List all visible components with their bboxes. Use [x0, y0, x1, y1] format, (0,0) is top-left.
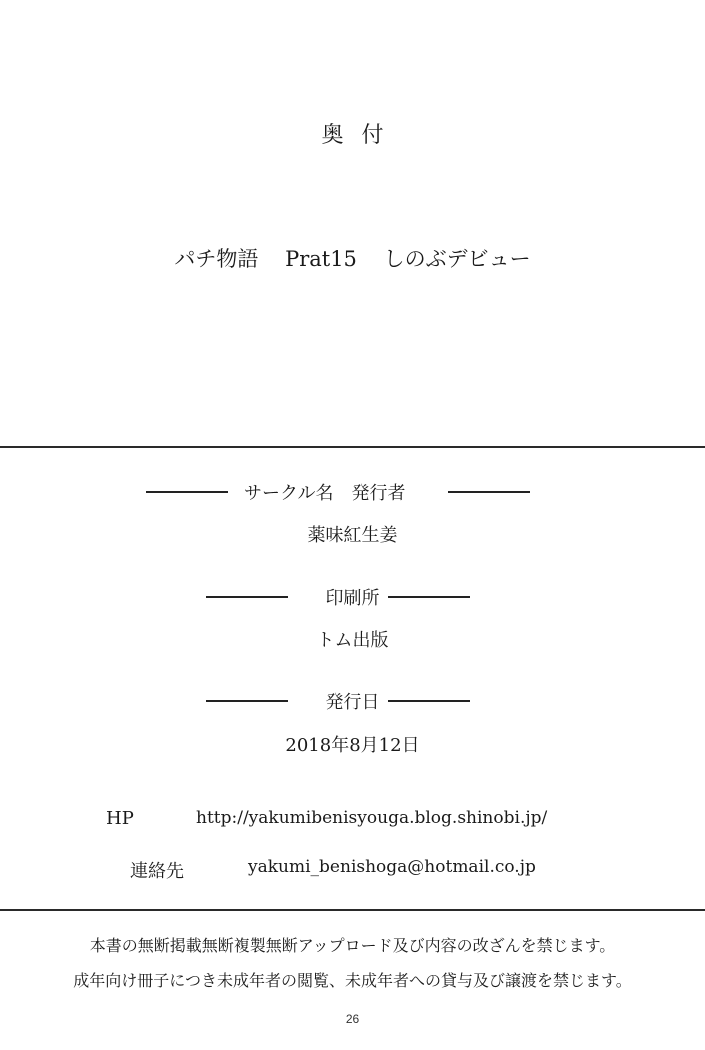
- age-restriction-notice: 成年向け冊子につき未成年者の閲覧、未成年者への貸与及び譲渡を禁じます。: [0, 968, 705, 991]
- printer-name: トム出版: [0, 626, 705, 652]
- section-label-printer: 印刷所: [0, 584, 705, 610]
- book-title-subtitle: しのぶデビュー: [384, 247, 531, 271]
- section-dash-left: [146, 491, 228, 493]
- publish-date: 2018年8月12日: [0, 731, 705, 757]
- section-dash-right: [388, 700, 470, 702]
- book-title: パチ物語 Prat15 しのぶデビュー: [0, 243, 705, 273]
- contact-label: 連絡先: [130, 857, 184, 883]
- section-label-publisher: サークル名 発行者: [244, 479, 405, 505]
- top-divider: [0, 446, 705, 448]
- bottom-divider: [0, 909, 705, 911]
- section-dash-right: [448, 491, 530, 493]
- copyright-notice: 本書の無断掲載無断複製無断アップロード及び内容の改ざんを禁じます。: [0, 933, 705, 956]
- section-label-date: 発行日: [0, 688, 705, 714]
- publisher-name: 薬味紅生姜: [0, 521, 705, 547]
- hp-url[interactable]: http://yakumibenisyouga.blog.shinobi.jp/: [196, 808, 547, 828]
- hp-label: HP: [106, 808, 134, 829]
- section-dash-right: [388, 596, 470, 598]
- contact-email[interactable]: yakumi_benishoga@hotmail.co.jp: [248, 857, 536, 877]
- book-title-series: パチ物語: [174, 247, 258, 271]
- colophon-heading: 奥付: [0, 118, 705, 149]
- book-title-part: Prat15: [285, 247, 357, 271]
- page-number: 26: [0, 1012, 705, 1026]
